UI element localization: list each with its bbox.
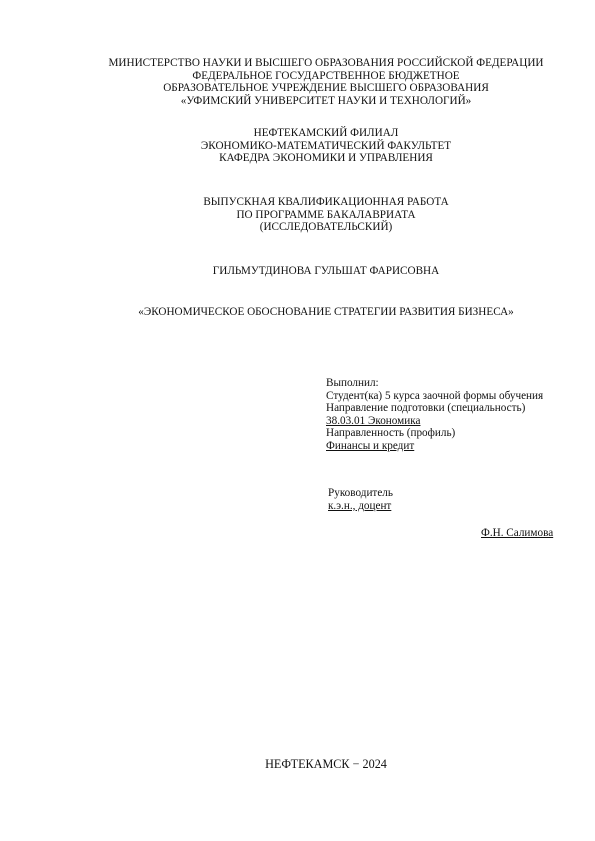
branch-line: НЕФТЕКАМСКИЙ ФИЛИАЛ (0, 127, 595, 140)
author-name-text: ГИЛЬМУТДИНОВА ГУЛЬШАТ ФАРИСОВНА (0, 265, 595, 278)
footer-text: НЕФТЕКАМСК − 2024 (0, 758, 595, 771)
supervisor-name-text: Ф.Н. Салимова (481, 527, 553, 540)
branch-block: НЕФТЕКАМСКИЙ ФИЛИАЛ ЭКОНОМИКО-МАТЕМАТИЧЕ… (0, 127, 595, 165)
supervisor-label: Руководитель (328, 487, 393, 500)
profile-value: Финансы и кредит (326, 440, 543, 453)
header-line: ОБРАЗОВАТЕЛЬНОЕ УЧРЕЖДЕНИЕ ВЫСШЕГО ОБРАЗ… (0, 82, 595, 95)
branch-line: ЭКОНОМИКО-МАТЕМАТИЧЕСКИЙ ФАКУЛЬТЕТ (0, 140, 595, 153)
thesis-title-text: «ЭКОНОМИЧЕСКОЕ ОБОСНОВАНИЕ СТРАТЕГИИ РАЗ… (0, 306, 595, 319)
direction-value: 38.03.01 Экономика (326, 415, 543, 428)
thesis-title: «ЭКОНОМИЧЕСКОЕ ОБОСНОВАНИЕ СТРАТЕГИИ РАЗ… (0, 306, 595, 319)
work-type-line: ПО ПРОГРАММЕ БАКАЛАВРИАТА (0, 209, 595, 222)
performed-label: Выполнил: (326, 377, 543, 390)
student-info: Студент(ка) 5 курса заочной формы обучен… (326, 390, 543, 403)
work-type-block: ВЫПУСКНАЯ КВАЛИФИКАЦИОННАЯ РАБОТА ПО ПРО… (0, 196, 595, 234)
author-name: ГИЛЬМУТДИНОВА ГУЛЬШАТ ФАРИСОВНА (0, 265, 595, 278)
footer-city-year: НЕФТЕКАМСК − 2024 (0, 758, 595, 771)
direction-label: Направление подготовки (специальность) (326, 402, 543, 415)
work-type-line: (ИССЛЕДОВАТЕЛЬСКИЙ) (0, 221, 595, 234)
branch-line: КАФЕДРА ЭКОНОМИКИ И УПРАВЛЕНИЯ (0, 152, 595, 165)
profile-label: Направленность (профиль) (326, 427, 543, 440)
ministry-header: МИНИСТЕРСТВО НАУКИ И ВЫСШЕГО ОБРАЗОВАНИЯ… (0, 57, 595, 107)
header-line: «УФИМСКИЙ УНИВЕРСИТЕТ НАУКИ И ТЕХНОЛОГИЙ… (0, 95, 595, 108)
supervisor-block: Руководитель к.э.н., доцент (328, 487, 393, 512)
work-type-line: ВЫПУСКНАЯ КВАЛИФИКАЦИОННАЯ РАБОТА (0, 196, 595, 209)
header-line: МИНИСТЕРСТВО НАУКИ И ВЫСШЕГО ОБРАЗОВАНИЯ… (0, 57, 595, 70)
header-line: ФЕДЕРАЛЬНОЕ ГОСУДАРСТВЕННОЕ БЮДЖЕТНОЕ (0, 70, 595, 83)
supervisor-name: Ф.Н. Салимова (481, 527, 553, 540)
supervisor-degree: к.э.н., доцент (328, 500, 393, 513)
performed-block: Выполнил: Студент(ка) 5 курса заочной фо… (326, 377, 543, 453)
